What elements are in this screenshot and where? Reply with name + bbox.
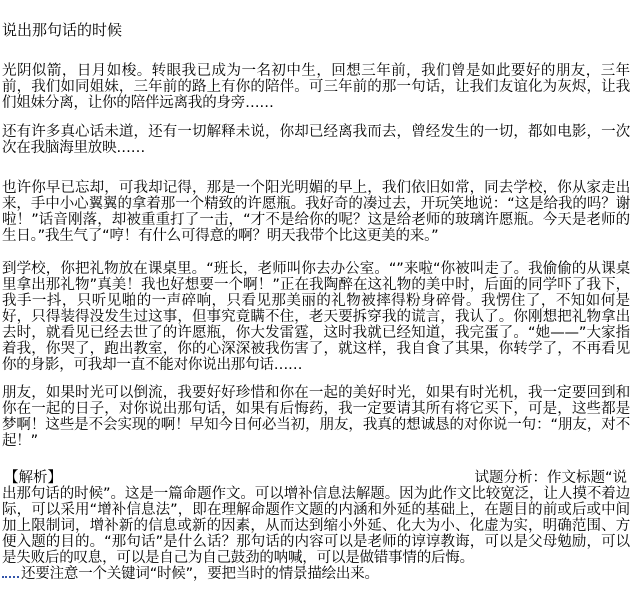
analysis-lead: 试题分析：作文标题“说 bbox=[474, 470, 627, 486]
paragraph-5: 朋友，如果时光可以倒流，我要好好珍惜和你在一起的美好时光，如果有时光机，我一定要… bbox=[2, 385, 630, 449]
analysis-body: 出那句话的时候”。这是一篇命题作文。可以增补信息法解题。因为此作文比较宽泛，让人… bbox=[2, 486, 630, 582]
analysis-tail: 还要注意一个关键词“时候”，要把当时的情景描绘出来。 bbox=[21, 566, 379, 582]
paragraph-1: 光阴似箭，日月如梭。转眼我已成为一名初中生，回想三年前，我们曾是如此要好的朋友，… bbox=[2, 63, 630, 111]
essay-title: 说出那句话的时候 bbox=[2, 22, 122, 39]
analysis-label: 【解析】 bbox=[4, 470, 62, 486]
paragraph-2: 还有许多真心话未道，还有一切解释未说，你却已经离我而去，曾经发生的一切，都如电影… bbox=[2, 124, 630, 156]
paragraph-3: 也许你早已忘却，可我却记得，那是一个阳光明媚的早上，我们依旧如常，同去学校，你从… bbox=[2, 180, 630, 244]
ellipsis-mark-icon bbox=[2, 572, 19, 578]
paragraph-4: 到学校，你把礼物放在课桌里。“班长，老师叫你去办公室。“”来啦“你被叫走了。我偷… bbox=[2, 261, 630, 373]
analysis-text: 出那句话的时候”。这是一篇命题作文。可以增补信息法解题。因为此作文比较宽泛，让人… bbox=[2, 486, 630, 566]
